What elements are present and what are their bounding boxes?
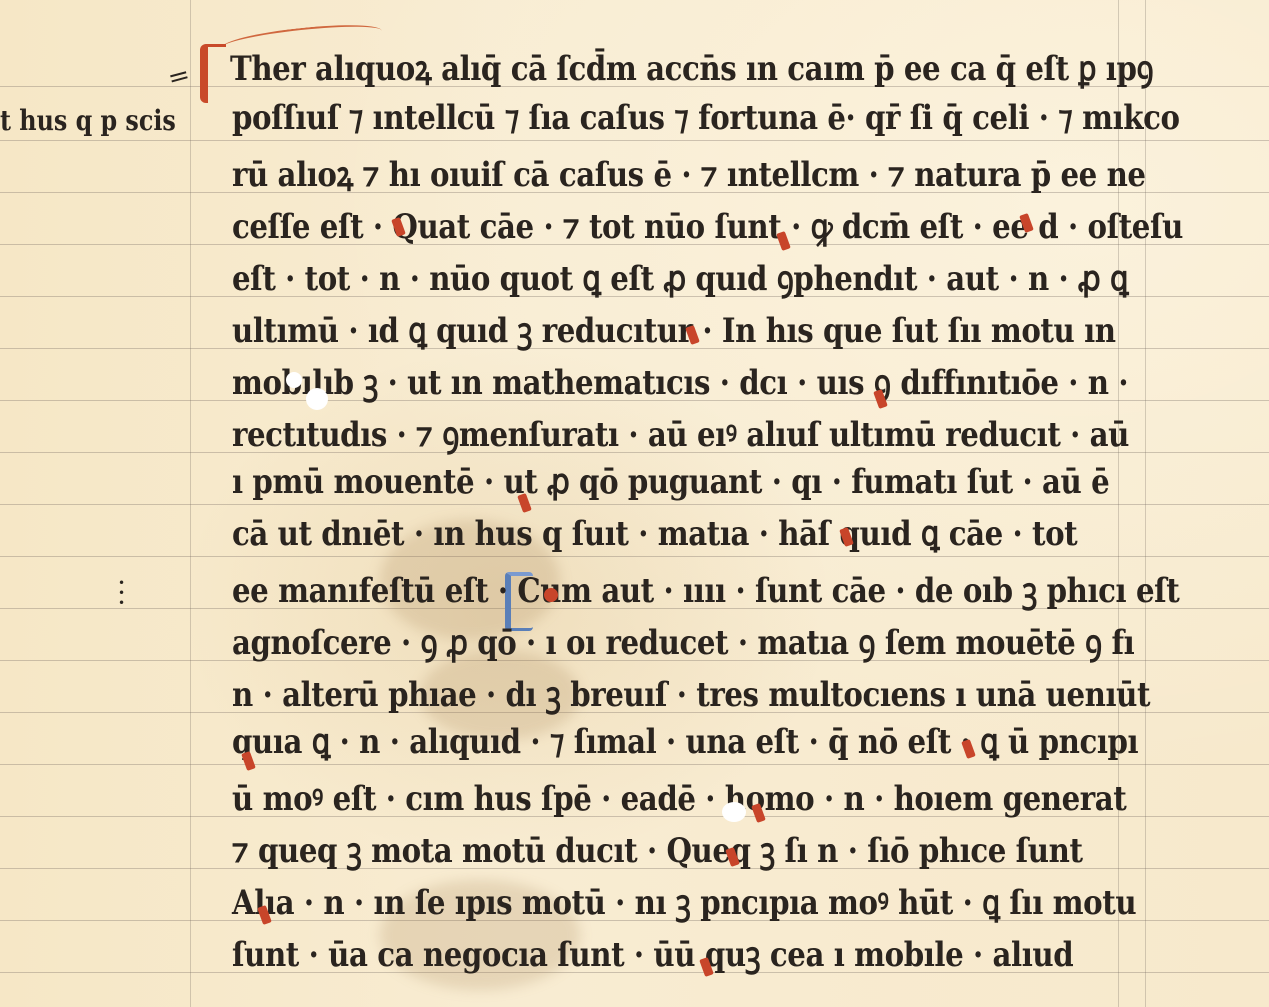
text-line-2: poſſıuſ ⁊ ıntellcū ⁊ ſıa caſus ⁊ fortuna… xyxy=(232,98,1180,138)
text-line-6: ultımū · ıd ꝗ quıd ꝫ reducıtur · In hıs … xyxy=(232,306,1116,352)
text-line-14: quıa ꝗ · n · alıquıd · ⁊ ſımal · una eſt… xyxy=(232,722,1138,762)
parchment-hole xyxy=(306,388,328,410)
margin-dots: ••• xyxy=(118,578,125,608)
text-line-13: n · alterū phıae · dı ꝫ breuıſ · tres mu… xyxy=(232,670,1150,716)
text-line-1: Ther alıquoꝝ alıq̄ cā ſcd̄m accn̄s ın ca… xyxy=(230,44,1153,90)
text-line-7: mobılıb ꝫ · ut ın mathematıcıs · dcı · u… xyxy=(232,358,1128,404)
red-initial-c xyxy=(200,44,226,103)
text-line-12: agnoſcere · ꝯ ꝓ qō · ı oı reducet · matı… xyxy=(232,618,1134,664)
parchment-hole xyxy=(286,372,302,388)
ruling-line xyxy=(0,504,1269,505)
ruling-line xyxy=(0,556,1269,557)
text-line-16: ⁊ queq ꝫ mota motū ducıt · Queq ꝫ ſı n ·… xyxy=(232,826,1083,872)
parchment-hole xyxy=(722,802,746,822)
text-line-18: ſunt · ūa ca negocıa ſunt · ūū quꝫ cea ı… xyxy=(232,930,1073,976)
text-line-8: rectıtudıs · ⁊ ꝯmenſuratı · aū eıꝰ alıuſ… xyxy=(232,410,1129,456)
text-line-11: ee manıfeſtū eſt · Cum aut · ıııı · ſunt… xyxy=(232,566,1179,612)
text-line-3: rū alıoꝝ ⁊ hı oıuiſ cā caſus ē · ⁊ ıntel… xyxy=(232,150,1146,196)
text-line-17: Alıa · n · ın ſe ıpıs motū · nı ꝫ pncıpı… xyxy=(232,878,1136,924)
ruling-line xyxy=(0,140,1269,141)
text-line-15: ū moꝰ eſt · cım hus ſpē · eadē · homo · … xyxy=(232,774,1126,820)
text-line-9: ı pmū mouentē · ut ꝓ qō puguant · qı · f… xyxy=(232,462,1109,502)
text-line-5: eſt · tot · n · nūo quot ꝗ eſt ꝓ quıd ꝯp… xyxy=(232,254,1128,300)
text-line-10: cā ut dnıēt · ın hus q ſuıt · matıa · hā… xyxy=(232,514,1077,554)
text-line-4: ceſſe eſt · Quat cāe · ⁊ tot nūo ſunt · … xyxy=(232,202,1183,248)
margin-note: t hus q p scis xyxy=(0,104,176,137)
ruling-line xyxy=(0,764,1269,765)
